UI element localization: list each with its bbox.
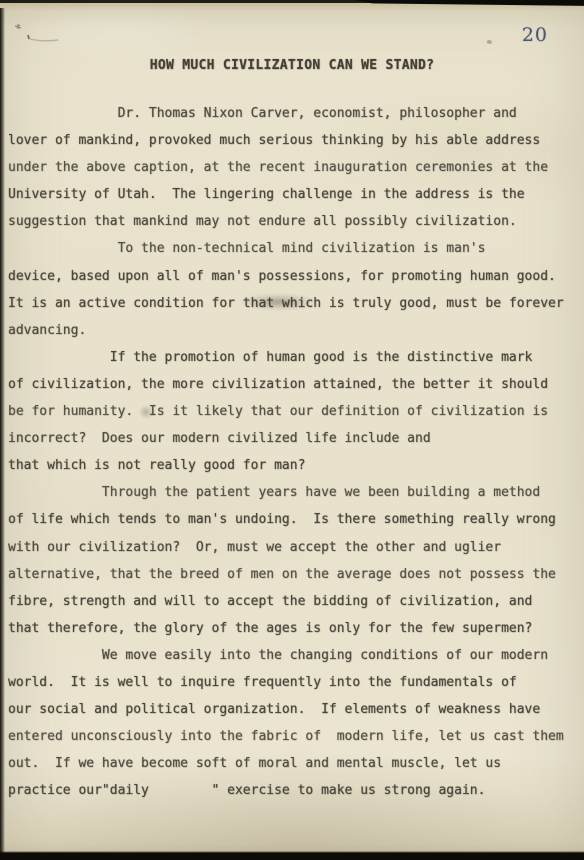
text-line: under the above caption, at the recent i… [8, 154, 584, 181]
text-line: incorrect? Does our modern civilized lif… [8, 425, 584, 452]
page-title: HOW MUCH CIVILIZATION CAN WE STAND? [0, 58, 584, 73]
text-line: lover of mankind, provoked much serious … [8, 127, 584, 154]
text-line: that therefore, the glory of the ages is… [8, 615, 584, 642]
page-number: 20 [522, 24, 548, 46]
text-line: We move easily into the changing conditi… [8, 642, 584, 669]
text-line: If the promotion of human good is the di… [8, 344, 584, 371]
text-line: be for humanity. Is it likely that our d… [8, 398, 584, 425]
scanned-document-page: 20 HOW MUCH CIVILIZATION CAN WE STAND? D… [0, 0, 584, 860]
text-line: world. It is well to inquire frequently … [8, 669, 584, 696]
typewritten-body: Dr. Thomas Nixon Carver, economist, phil… [8, 100, 584, 804]
text-line: alternative, that the breed of men on th… [8, 561, 584, 588]
text-line: Dr. Thomas Nixon Carver, economist, phil… [8, 100, 584, 127]
text-line: advancing. [8, 317, 584, 344]
paper-background: 20 HOW MUCH CIVILIZATION CAN WE STAND? D… [0, 0, 584, 860]
text-line: device, based upon all of man's possessi… [8, 263, 584, 290]
text-line: of life which tends to man's undoing. Is… [8, 506, 584, 533]
text-line: suggestion that mankind may not endure a… [8, 208, 584, 235]
text-line: Through the patient years have we been b… [8, 479, 584, 506]
text-line: University of Utah. The lingering challe… [8, 181, 584, 208]
text-line: To the non-technical mind civilization i… [8, 235, 584, 262]
ink-smudge [238, 293, 318, 311]
text-line: our social and political organization. I… [8, 696, 584, 723]
scanner-edge-bottom [0, 851, 584, 860]
text-line: practice our"daily " exercise to make us… [8, 777, 584, 804]
pencil-mark [12, 22, 72, 50]
text-line: of civilization, the more civilization a… [8, 371, 584, 398]
ink-smudge [136, 402, 156, 422]
text-line: out. If we have become soft of moral and… [8, 750, 584, 777]
scanner-edge-left [0, 8, 5, 860]
text-line: fibre, strength and will to accept the b… [8, 588, 584, 615]
text-line: that which is not really good for man? [8, 452, 584, 479]
stray-pencil-dot [486, 39, 492, 44]
text-line: with our civilization? Or, must we accep… [8, 534, 584, 561]
text-line: entered unconsciously into the fabric of… [8, 723, 584, 750]
